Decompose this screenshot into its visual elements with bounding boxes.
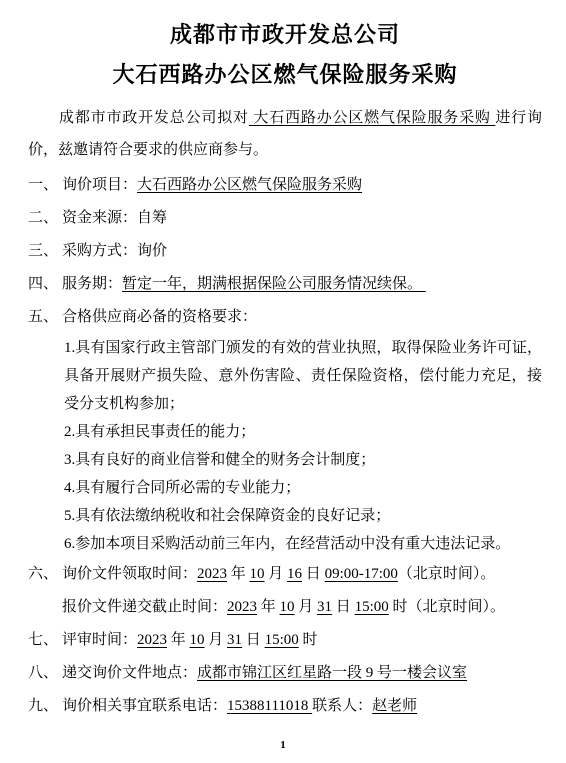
sub-item: 4.具有履行合同所必需的专业能力； — [64, 474, 542, 502]
page-number: 1 — [0, 739, 566, 751]
underlined-text: 赵老师 — [372, 698, 417, 714]
text-run: 询价项目： — [62, 177, 137, 193]
text-run: 日 — [332, 599, 355, 615]
text-run: 服务期： — [62, 276, 122, 292]
item-content: 采购方式：询价 — [62, 235, 542, 268]
item-number: 四、 — [28, 268, 62, 301]
item-number: 三、 — [28, 235, 62, 268]
text-run: 月 — [205, 632, 228, 648]
item-line: 递交询价文件地点：成都市锦江区红星路一段 9 号一楼会议室 — [62, 657, 542, 690]
text-run: 成都市市政开发总公司拟对 — [59, 110, 249, 126]
list-item: 六、询价文件领取时间：2023 年 10 月 16 日 09:00-17:00（… — [28, 558, 542, 624]
item-content: 询价相关事宜联系电话：15388111018 联系人：赵老师 — [62, 690, 542, 723]
sub-item: 5.具有依法缴纳税收和社会保障资金的良好记录； — [64, 502, 542, 530]
item-number: 九、 — [28, 690, 62, 723]
underlined-text: 成都市锦江区红星路一段 9 号一楼会议室 — [197, 665, 467, 681]
underlined-text: 大石西路办公区燃气保险服务采购 — [249, 110, 495, 126]
item-content: 服务期：暂定一年，期满根据保险公司服务情况续保。 — [62, 268, 542, 301]
item-line: 采购方式：询价 — [62, 235, 542, 268]
item-number: 七、 — [28, 624, 62, 657]
text-run: 评审时间： — [62, 632, 137, 648]
text-run: 年 — [167, 632, 190, 648]
intro-paragraph: 成都市市政开发总公司拟对 大石西路办公区燃气保险服务采购 进行询价，兹邀请符合要… — [28, 102, 542, 166]
item-content: 评审时间：2023 年 10 月 31 日 15:00 时 — [62, 624, 542, 657]
item-number: 一、 — [28, 169, 62, 202]
text-run: 联系人： — [312, 698, 372, 714]
item-line: 报价文件递交截止时间：2023 年 10 月 31 日 15:00 时（北京时间… — [62, 591, 542, 624]
text-run: 时（北京时间）。 — [389, 599, 505, 615]
item-line: 服务期：暂定一年，期满根据保险公司服务情况续保。 — [62, 268, 542, 301]
text-run: 合格供应商必备的资格要求： — [62, 309, 257, 325]
item-line: 合格供应商必备的资格要求： — [62, 301, 542, 334]
list-item: 九、询价相关事宜联系电话：15388111018 联系人：赵老师 — [28, 690, 542, 723]
item-number: 六、 — [28, 558, 62, 624]
item-content: 递交询价文件地点：成都市锦江区红星路一段 9 号一楼会议室 — [62, 657, 542, 690]
text-run: 询价文件领取时间： — [62, 566, 197, 582]
document-subtitle: 大石西路办公区燃气保险服务采购 — [28, 60, 542, 90]
underlined-text: 31 — [227, 632, 242, 648]
text-run: 递交询价文件地点： — [62, 665, 197, 681]
sub-item: 1.具有国家行政主管部门颁发的有效的营业执照，取得保险业务许可证，具备开展财产损… — [64, 334, 542, 418]
item-line: 询价相关事宜联系电话：15388111018 联系人：赵老师 — [62, 690, 542, 723]
list-item: 八、递交询价文件地点：成都市锦江区红星路一段 9 号一楼会议室 — [28, 657, 542, 690]
text-run: （北京时间）。 — [398, 566, 496, 582]
underlined-text: 15:00 — [265, 632, 299, 648]
text-run: 年 — [227, 566, 250, 582]
underlined-text: 2023 — [137, 632, 167, 648]
sub-item: 2.具有承担民事责任的能力； — [64, 418, 542, 446]
sub-item: 3.具有良好的商业信誉和健全的财务会计制度； — [64, 446, 542, 474]
item-content: 询价文件领取时间：2023 年 10 月 16 日 09:00-17:00（北京… — [62, 558, 542, 624]
item-number: 八、 — [28, 657, 62, 690]
item-number: 二、 — [28, 202, 62, 235]
underlined-text: 10 — [190, 632, 205, 648]
text-run: 采购方式：询价 — [62, 243, 167, 259]
list-item: 四、服务期：暂定一年，期满根据保险公司服务情况续保。 — [28, 268, 542, 301]
underlined-text: 10 — [250, 566, 265, 582]
item-content: 资金来源：自筹 — [62, 202, 542, 235]
underlined-text: 2023 — [197, 566, 227, 582]
item-content: 询价项目：大石西路办公区燃气保险服务采购 — [62, 169, 542, 202]
text-run: 报价文件递交截止时间： — [62, 599, 227, 615]
item-number: 五、 — [28, 301, 62, 558]
underlined-text: 15:00 — [355, 599, 389, 615]
text-run: 日 — [302, 566, 325, 582]
item-line: 资金来源：自筹 — [62, 202, 542, 235]
items-list: 一、询价项目：大石西路办公区燃气保险服务采购二、资金来源：自筹三、采购方式：询价… — [28, 169, 542, 723]
text-run: 月 — [295, 599, 318, 615]
list-item: 三、采购方式：询价 — [28, 235, 542, 268]
underlined-text: 2023 — [227, 599, 257, 615]
underlined-text: 15388111018 — [227, 698, 312, 714]
underlined-text: 09:00-17:00 — [325, 566, 398, 582]
item-content: 合格供应商必备的资格要求：1.具有国家行政主管部门颁发的有效的营业执照，取得保险… — [62, 301, 542, 558]
document-title: 成都市市政开发总公司 — [28, 20, 542, 50]
list-item: 二、资金来源：自筹 — [28, 202, 542, 235]
item-line: 评审时间：2023 年 10 月 31 日 15:00 时 — [62, 624, 542, 657]
item-line: 询价项目：大石西路办公区燃气保险服务采购 — [62, 169, 542, 202]
sub-item: 6.参加本项目采购活动前三年内，在经营活动中没有重大违法记录。 — [64, 530, 542, 558]
list-item: 五、合格供应商必备的资格要求：1.具有国家行政主管部门颁发的有效的营业执照，取得… — [28, 301, 542, 558]
underlined-text: 16 — [287, 566, 302, 582]
text-run: 资金来源：自筹 — [62, 210, 167, 226]
document-page: 成都市市政开发总公司 大石西路办公区燃气保险服务采购 成都市市政开发总公司拟对 … — [0, 0, 566, 763]
list-item: 七、评审时间：2023 年 10 月 31 日 15:00 时 — [28, 624, 542, 657]
item-line: 询价文件领取时间：2023 年 10 月 16 日 09:00-17:00（北京… — [62, 558, 542, 591]
text-run: 年 — [257, 599, 280, 615]
underlined-text: 31 — [317, 599, 332, 615]
text-run: 询价相关事宜联系电话： — [62, 698, 227, 714]
text-run: 日 — [242, 632, 265, 648]
underlined-text: 10 — [280, 599, 295, 615]
list-item: 一、询价项目：大石西路办公区燃气保险服务采购 — [28, 169, 542, 202]
underlined-text: 大石西路办公区燃气保险服务采购 — [137, 177, 362, 193]
text-run: 月 — [265, 566, 288, 582]
text-run: 时 — [299, 632, 318, 648]
underlined-text: 暂定一年，期满根据保险公司服务情况续保。 — [122, 276, 426, 292]
